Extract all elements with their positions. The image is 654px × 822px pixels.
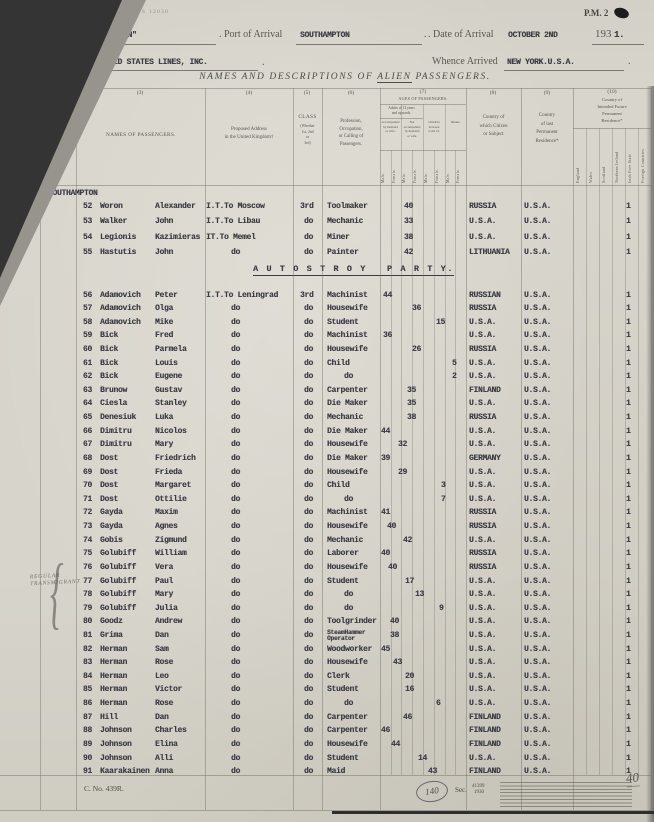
table-row: 52WoronAlexanderI.T.To Moscow3rdToolmake… <box>0 202 654 215</box>
cell-country-citizen: U.S.A. <box>469 631 496 641</box>
cell-country-citizen: U.S.A. <box>469 359 496 369</box>
cell-occupation: Mechanic <box>327 536 363 546</box>
cell-age: 2 <box>452 372 457 382</box>
cell-occupation: do <box>344 604 353 614</box>
cell-class: do <box>304 233 313 243</box>
cell-country-citizen: U.S.A. <box>469 685 496 695</box>
cell-class: do <box>304 672 313 682</box>
cell-occupation: Die Maker <box>327 399 368 409</box>
cell-age: 38 <box>390 631 399 641</box>
cell-given-name: Gustav <box>155 386 182 396</box>
table-row: 87HillDandodoCarpenter46FINLANDU.S.A.1 <box>0 713 654 726</box>
period: . <box>628 56 631 67</box>
cell-future-residence: 1 <box>626 331 631 341</box>
footnote-fine-print <box>500 782 632 809</box>
cell-number: 61 <box>74 359 92 369</box>
cell-country-residence: U.S.A. <box>524 399 551 409</box>
cell-surname: Dost <box>100 495 118 505</box>
table-rule <box>380 118 423 119</box>
cell-number: 80 <box>74 617 92 627</box>
cell-address: do <box>231 386 240 396</box>
cell-country-citizen: RUSSIA <box>469 522 496 532</box>
table-row: 70DostMargaretdodoChild3U.S.A.U.S.A.1 <box>0 481 654 494</box>
cell-occupation: Student <box>327 685 359 695</box>
age-group-header: Not accompanied by husband or wife. <box>401 120 423 138</box>
cell-age: 36 <box>383 331 392 341</box>
cell-given-name: Olga <box>155 304 173 314</box>
cell-country-citizen: U.S.A. <box>469 233 496 243</box>
year-typed: 1. <box>614 30 624 40</box>
cell-number: 91 <box>74 767 92 777</box>
table-row: 76GolubiffVeradodoHousewife40RUSSIAU.S.A… <box>0 563 654 576</box>
table-row: 59BickFreddodoMachinist36U.S.A.U.S.A.1 <box>0 331 654 344</box>
cell-future-residence: 1 <box>626 372 631 382</box>
cell-country-citizen: U.S.A. <box>469 372 496 382</box>
cell-class: do <box>304 454 313 464</box>
cell-occupation: Student <box>327 318 359 328</box>
table-row: 71DostOttiliedododo7U.S.A.U.S.A.1 <box>0 495 654 508</box>
table-row: 86HermanRosedododo6U.S.A.U.S.A.1 <box>0 699 654 712</box>
cell-future-residence: 1 <box>626 631 631 641</box>
cell-occupation: Machinist <box>327 508 368 518</box>
cell-country-residence: U.S.A. <box>524 481 551 491</box>
cell-occupation: Student <box>327 754 359 764</box>
cell-address: do <box>231 468 240 478</box>
cell-number: 58 <box>74 318 92 328</box>
bottom-heavy-line <box>332 811 654 814</box>
cell-country-residence: U.S.A. <box>524 672 551 682</box>
table-row: 82HermanSamdodoWoodworker45U.S.A.U.S.A.1 <box>0 645 654 658</box>
cell-number: 85 <box>74 685 92 695</box>
cell-number: 86 <box>74 699 92 709</box>
cell-country-residence: U.S.A. <box>524 454 551 464</box>
cell-age: 40 <box>404 202 413 212</box>
cell-country-citizen: RUSSIA <box>469 549 496 559</box>
cell-country-residence: U.S.A. <box>524 685 551 695</box>
cell-given-name: Dan <box>155 713 169 723</box>
age-sex-label: Male. <box>382 152 386 183</box>
cell-occupation: Housewife <box>327 563 368 573</box>
col9-header: Country of last Permanent Residence* <box>521 112 573 146</box>
cell-surname: Bick <box>100 359 118 369</box>
cell-surname: Denesiuk <box>100 413 136 423</box>
cell-age: 42 <box>403 536 412 546</box>
cell-country-citizen: U.S.A. <box>469 427 496 437</box>
cell-given-name: Alexander <box>155 202 196 212</box>
cell-class: do <box>304 631 313 641</box>
cell-country-citizen: U.S.A. <box>469 399 496 409</box>
cell-country-citizen: U.S.A. <box>469 590 496 600</box>
line-fragment: nc <box>80 58 89 68</box>
cell-number: 54 <box>74 233 92 243</box>
cell-age: 26 <box>412 345 421 355</box>
cell-country-residence: U.S.A. <box>524 713 551 723</box>
page-title-pre: NAMES AND DESCRIPTIONS OF <box>199 72 377 82</box>
cell-given-name: Leo <box>155 672 169 682</box>
cell-future-residence: 1 <box>626 318 631 328</box>
cell-number: 77 <box>74 577 92 587</box>
cell-occupation: Toolgrinder <box>327 617 377 627</box>
cell-class: do <box>304 495 313 505</box>
cell-surname: Hastutis <box>100 248 136 258</box>
cell-future-residence: 1 <box>626 658 631 668</box>
cell-given-name: Margaret <box>155 481 191 491</box>
cell-class: do <box>304 740 313 750</box>
cell-age: 39 <box>381 454 390 464</box>
cell-given-name: Elina <box>155 740 178 750</box>
cell-surname: Gobis <box>100 536 123 546</box>
port-landed: SOUTHAMPTON <box>48 189 98 199</box>
cell-given-name: Agnes <box>155 522 178 532</box>
table-row: 54LegionisKazimierasIT.To MemeldoMiner38… <box>0 233 654 246</box>
cell-address: do <box>231 399 240 409</box>
manifest-page: 0 100 W H S S 12030 P.M. 2 "LEVIATHAN" .… <box>0 0 654 822</box>
age-sex-label: Female. <box>457 152 461 183</box>
cell-future-residence: 1 <box>626 549 631 559</box>
cell-age: 38 <box>404 233 413 243</box>
cell-future-residence: 1 <box>626 248 631 258</box>
table-row: 62BickEugenedododo2U.S.A.U.S.A.1 <box>0 372 654 385</box>
cell-class: do <box>304 386 313 396</box>
future-country-label: Foreign Countries <box>641 130 645 183</box>
cell-surname: Adamovich <box>100 291 141 301</box>
cell-address: do <box>231 522 240 532</box>
cell-given-name: Julia <box>155 604 178 614</box>
cell-number: 57 <box>74 304 92 314</box>
cell-class: do <box>304 563 313 573</box>
cell-occupation: Student <box>327 577 359 587</box>
cell-surname: Johnson <box>100 754 132 764</box>
cell-number: 55 <box>74 248 92 258</box>
col5-number: (5) <box>292 90 322 96</box>
cell-surname: Golubiff <box>100 577 136 587</box>
table-row: 69DostFriedadodoHousewife29U.S.A.U.S.A.1 <box>0 468 654 481</box>
cell-surname: Herman <box>100 699 127 709</box>
blank-rule <box>296 44 422 45</box>
cell-occupation: do <box>344 372 353 382</box>
cell-future-residence: 1 <box>626 672 631 682</box>
cell-future-residence: 1 <box>626 617 631 627</box>
cell-country-citizen: U.S.A. <box>469 699 496 709</box>
cell-country-residence: U.S.A. <box>524 202 551 212</box>
cell-class: do <box>304 413 313 423</box>
cell-surname: Dimitru <box>100 440 132 450</box>
cell-class: do <box>304 331 313 341</box>
cell-class: do <box>304 658 313 668</box>
cell-country-residence: U.S.A. <box>524 536 551 546</box>
cell-number: 70 <box>74 481 92 491</box>
cell-class: do <box>304 217 313 227</box>
age-group-header: Accompanied by husband or wife. <box>380 120 401 134</box>
cell-country-residence: U.S.A. <box>524 233 551 243</box>
cell-country-citizen: RUSSIA <box>469 304 496 314</box>
cell-country-citizen: GERMANY <box>469 454 501 464</box>
future-country-label: Irish Free State <box>628 130 632 183</box>
cell-surname: Golubiff <box>100 604 136 614</box>
cell-class: do <box>304 508 313 518</box>
cell-future-residence: 1 <box>626 740 631 750</box>
cell-country-citizen: FINLAND <box>469 713 501 723</box>
stamp-circle: 140 <box>415 779 450 804</box>
age-sex-label: Male. <box>447 152 451 183</box>
cell-occupation: SteamHammer Operator <box>327 630 365 642</box>
whence-arrived-label: Whence Arrived <box>432 56 498 67</box>
cell-future-residence: 1 <box>626 604 631 614</box>
cell-country-residence: U.S.A. <box>524 563 551 573</box>
cell-age: 43 <box>428 767 437 777</box>
table-row: 85HermanVictordodoStudent16U.S.A.U.S.A.1 <box>0 685 654 698</box>
table-row: 67DimitruMarydodoHousewife32U.S.A.U.S.A.… <box>0 440 654 453</box>
page-title-post: PASSENGERS. <box>412 72 491 82</box>
cell-future-residence: 1 <box>626 563 631 573</box>
cell-address: do <box>231 767 240 777</box>
cell-given-name: Anna <box>155 767 173 777</box>
cell-number: 78 <box>74 590 92 600</box>
cell-given-name: Luka <box>155 413 173 423</box>
cell-future-residence: 1 <box>626 481 631 491</box>
cell-class: do <box>304 440 313 450</box>
cell-future-residence: 1 <box>626 413 631 423</box>
table-row: 72GaydaMaximdodoMachinist41RUSSIAU.S.A.1 <box>0 508 654 521</box>
col2-number: (2) <box>44 90 74 96</box>
cell-address: do <box>231 413 240 423</box>
cell-country-residence: U.S.A. <box>524 495 551 505</box>
cell-country-residence: U.S.A. <box>524 590 551 600</box>
cell-class: do <box>304 699 313 709</box>
cell-number: 67 <box>74 440 92 450</box>
cell-country-residence: U.S.A. <box>524 372 551 382</box>
cell-future-residence: 1 <box>626 713 631 723</box>
cell-age: 38 <box>407 413 416 423</box>
cell-number: 84 <box>74 672 92 682</box>
cell-address: do <box>231 427 240 437</box>
cell-country-citizen: U.S.A. <box>469 577 496 587</box>
cell-future-residence: 1 <box>626 202 631 212</box>
cell-occupation: do <box>344 495 353 505</box>
cell-age: 40 <box>390 617 399 627</box>
cell-given-name: William <box>155 549 187 559</box>
cell-number: 52 <box>74 202 92 212</box>
whence-arrived-value: NEW YORK.U.S.A. <box>507 58 575 68</box>
cell-occupation: Housewife <box>327 658 368 668</box>
cell-surname: Herman <box>100 658 127 668</box>
col5-subheader: (Whether 1st, 2nd or 3rd) <box>293 124 322 146</box>
cell-address: do <box>231 345 240 355</box>
cell-number: 87 <box>74 713 92 723</box>
cell-surname: Dost <box>100 468 118 478</box>
cell-country-citizen: LITHUANIA <box>469 248 510 258</box>
cell-given-name: Sam <box>155 645 169 655</box>
table-row: 74GobisZigmunddodoMechanic42U.S.A.U.S.A.… <box>0 536 654 549</box>
age-group-header: Infants. <box>445 120 466 125</box>
cell-given-name: John <box>155 217 173 227</box>
cell-country-residence: U.S.A. <box>524 754 551 764</box>
cell-surname: Kaarakainen <box>100 767 150 777</box>
cell-class: do <box>304 372 313 382</box>
table-row: 73GaydaAgnesdodoHousewife40RUSSIAU.S.A.1 <box>0 522 654 535</box>
table-row: 75GolubiffWilliamdodoLaborer40RUSSIAU.S.… <box>0 549 654 562</box>
cell-class: do <box>304 590 313 600</box>
cell-class: do <box>304 359 313 369</box>
cell-country-citizen: U.S.A. <box>469 440 496 450</box>
cell-country-residence: U.S.A. <box>524 767 551 777</box>
cell-number: 63 <box>74 386 92 396</box>
table-row: 83HermanRosedodoHousewife43U.S.A.U.S.A.1 <box>0 658 654 671</box>
age-sex-label: Female. <box>414 152 418 183</box>
cell-address: do <box>231 713 240 723</box>
cell-address: do <box>231 454 240 464</box>
cell-country-citizen: FINLAND <box>469 767 501 777</box>
table-rule <box>380 150 466 151</box>
cell-address: do <box>231 508 240 518</box>
table-row: 60BickParmeladodoHousewife26RUSSIAU.S.A.… <box>0 345 654 358</box>
col5-header: CLASS <box>293 114 322 120</box>
cell-number: 56 <box>74 291 92 301</box>
cell-address: do <box>231 590 240 600</box>
cell-number: 88 <box>74 726 92 736</box>
cell-age: 17 <box>405 577 414 587</box>
cell-country-citizen: U.S.A. <box>469 754 496 764</box>
cell-class: do <box>304 522 313 532</box>
cell-country-citizen: U.S.A. <box>469 536 496 546</box>
cell-address: do <box>231 359 240 369</box>
cell-country-residence: U.S.A. <box>524 740 551 750</box>
cell-country-citizen: U.S.A. <box>469 645 496 655</box>
cell-age: 36 <box>412 304 421 314</box>
cell-age: 46 <box>403 713 412 723</box>
cell-country-citizen: FINLAND <box>469 740 501 750</box>
cell-class: do <box>304 536 313 546</box>
cell-address: do <box>231 331 240 341</box>
cell-address: do <box>231 563 240 573</box>
cell-occupation: Miner <box>327 233 350 243</box>
cell-occupation: Die Maker <box>327 427 368 437</box>
table-row: 66DimitruNicolosdodoDie Maker44U.S.A.U.S… <box>0 427 654 440</box>
col3-header: NAMES OF PASSENGERS. <box>80 132 202 138</box>
cell-country-citizen: U.S.A. <box>469 468 496 478</box>
cell-future-residence: 1 <box>626 427 631 437</box>
cell-given-name: Kazimieras <box>155 233 200 243</box>
cell-occupation: Carpenter <box>327 386 368 396</box>
cell-given-name: Dan <box>155 631 169 641</box>
cell-future-residence: 1 <box>626 699 631 709</box>
cell-occupation: Machinist <box>327 331 368 341</box>
cell-occupation: do <box>344 590 353 600</box>
cell-future-residence: 1 <box>626 577 631 587</box>
table-rule <box>380 104 466 105</box>
table-row: 55HastutisJohndodoPainter42LITHUANIAU.S.… <box>0 248 654 261</box>
table-row: 61BickLouisdodoChild5U.S.A.U.S.A.1 <box>0 359 654 372</box>
cell-address: do <box>231 318 240 328</box>
cell-given-name: Mike <box>155 318 173 328</box>
cell-future-residence: 1 <box>626 508 631 518</box>
cell-age: 40 <box>388 563 397 573</box>
cell-occupation: Toolmaker <box>327 202 368 212</box>
cell-surname: Adamovich <box>100 318 141 328</box>
cell-occupation: Painter <box>327 248 359 258</box>
cell-address: I.T.To Libau <box>206 217 260 227</box>
cell-address: do <box>231 248 240 258</box>
cell-given-name: Mary <box>155 590 173 600</box>
cell-country-residence: U.S.A. <box>524 217 551 227</box>
cell-country-citizen: U.S.A. <box>469 658 496 668</box>
cell-address: do <box>231 304 240 314</box>
cell-class: do <box>304 754 313 764</box>
year-printed: 193 <box>595 28 612 40</box>
cell-age: 41 <box>381 508 390 518</box>
cell-country-residence: U.S.A. <box>524 386 551 396</box>
cell-occupation: Machinist <box>327 291 368 301</box>
cell-class: do <box>304 427 313 437</box>
cell-country-residence: U.S.A. <box>524 248 551 258</box>
cell-future-residence: 1 <box>626 386 631 396</box>
cell-occupation: Housewife <box>327 345 368 355</box>
cell-surname: Grima <box>100 631 123 641</box>
cell-country-citizen: FINLAND <box>469 386 501 396</box>
cell-country-residence: U.S.A. <box>524 631 551 641</box>
cell-number: 75 <box>74 549 92 559</box>
cell-address: do <box>231 645 240 655</box>
cell-class: do <box>304 481 313 491</box>
cell-future-residence: 1 <box>626 440 631 450</box>
cell-surname: Adamovich <box>100 304 141 314</box>
sec-number: 41399 <box>472 784 485 789</box>
col6-number: (6) <box>336 90 366 96</box>
cell-surname: Woron <box>100 202 123 212</box>
cell-given-name: Louis <box>155 359 178 369</box>
cell-class: do <box>304 399 313 409</box>
cell-address: do <box>231 740 240 750</box>
table-row: 79GolubiffJuliadododo9U.S.A.U.S.A.1 <box>0 604 654 617</box>
table-row: 78GolubiffMarydododo13U.S.A.U.S.A.1 <box>0 590 654 603</box>
scanned-passenger-manifest: { "stamp_topright": "P.M. 2", "print_cod… <box>0 0 654 822</box>
cell-country-citizen: U.S.A. <box>469 481 496 491</box>
cell-given-name: Fred <box>155 331 173 341</box>
age-sex-label: Female. <box>436 152 440 183</box>
cell-number: 53 <box>74 217 92 227</box>
cell-occupation: Housewife <box>327 468 368 478</box>
cell-occupation: Clerk <box>327 672 350 682</box>
cell-given-name: Eugene <box>155 372 182 382</box>
table-rule <box>0 810 654 811</box>
cell-address: do <box>231 372 240 382</box>
cell-surname: Brunow <box>100 386 127 396</box>
cell-class: 3rd <box>300 202 314 212</box>
period: . <box>424 29 427 40</box>
cell-class: do <box>304 304 313 314</box>
cell-surname: Herman <box>100 672 127 682</box>
cell-given-name: Mary <box>155 440 173 450</box>
cell-number: 59 <box>74 331 92 341</box>
cell-class: do <box>304 726 313 736</box>
cell-address: do <box>231 699 240 709</box>
cell-number: 74 <box>74 536 92 546</box>
cell-surname: Herman <box>100 685 127 695</box>
cell-age: 7 <box>441 495 446 505</box>
cell-future-residence: 1 <box>626 217 631 227</box>
table-row: 89JohnsonElinadodoHousewife44FINLANDU.S.… <box>0 740 654 753</box>
table-row: 81GrimaDandodoSteamHammer Operator38U.S.… <box>0 631 654 644</box>
cell-country-residence: U.S.A. <box>524 726 551 736</box>
ink-blob <box>613 6 630 20</box>
cell-age: 40 <box>387 522 396 532</box>
cell-surname: Hill <box>100 713 118 723</box>
cell-age: 5 <box>452 359 457 369</box>
cell-country-residence: U.S.A. <box>524 699 551 709</box>
cell-address: do <box>231 685 240 695</box>
col8-number: (8) <box>478 90 508 96</box>
cell-number: 71 <box>74 495 92 505</box>
